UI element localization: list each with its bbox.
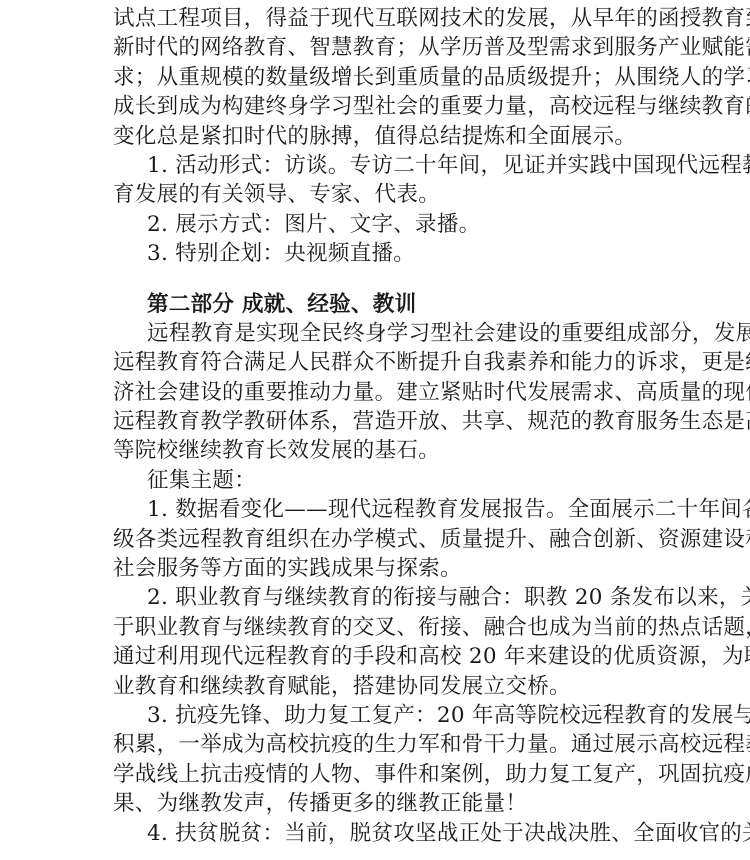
text-line: 于职业教育与继续教育的交叉、衔接、融合也成为当前的热点话题， [113,613,637,642]
text-line: 1. 活动形式：访谈。专访二十年间，见证并实践中国现代远程教 [113,151,637,180]
document-page: 试点工程项目，得益于现代互联网技术的发展，从早年的函授教育到 新时代的网络教育、… [113,4,637,848]
themes-label: 征集主题： [113,466,637,495]
section-heading: 第二部分 成就、经验、教训 [113,290,637,319]
text-line: 1. 数据看变化——现代远程教育发展报告。全面展示二十年间各 [113,495,637,524]
text-line: 济社会建设的重要推动力量。建立紧贴时代发展需求、高质量的现代 [113,378,637,407]
theme-item-epidemic-fight: 3. 抗疫先锋、助力复工复产：20 年高等院校远程教育的发展与 积累，一举成为高… [113,701,637,819]
text-line: 积累，一举成为高校抗疫的生力军和骨干力量。通过展示高校远程教 [113,730,637,759]
section-gap [113,269,637,290]
text-line: 学战线上抗击疫情的人物、事件和案例，助力复工复产，巩固抗疫成 [113,760,637,789]
text-line: 求；从重规模的数量级增长到重质量的品质级提升；从围绕人的学习 [113,63,637,92]
text-line: 通过利用现代远程教育的手段和高校 20 年来建设的优质资源，为职 [113,642,637,671]
text-line: 等院校继续教育长效发展的基石。 [113,436,637,465]
text-line: 新时代的网络教育、智慧教育；从学历普及型需求到服务产业赋能需 [113,33,637,62]
list-item-activity-form: 1. 活动形式：访谈。专访二十年间，见证并实践中国现代远程教 育发展的有关领导、… [113,151,637,210]
intro-paragraph: 试点工程项目，得益于现代互联网技术的发展，从早年的函授教育到 新时代的网络教育、… [113,4,637,151]
list-item-special-plan: 3. 特别企划：央视频直播。 [113,239,637,268]
text-line: 果、为继教发声，传播更多的继教正能量！ [113,789,637,818]
theme-item-data-changes: 1. 数据看变化——现代远程教育发展报告。全面展示二十年间各 级各类远程教育组织… [113,495,637,583]
text-line: 变化总是紧扣时代的脉搏，值得总结提炼和全面展示。 [113,122,637,151]
text-line: 业教育和继续教育赋能，搭建协同发展立交桥。 [113,672,637,701]
part2-paragraph: 远程教育是实现全民终身学习型社会建设的重要组成部分，发展 远程教育符合满足人民群… [113,319,637,466]
text-line: 2. 职业教育与继续教育的衔接与融合：职教 20 条发布以来，关 [113,583,637,612]
text-line: 2. 展示方式：图片、文字、录播。 [113,210,637,239]
text-line: 远程教育教学教研体系，营造开放、共享、规范的教育服务生态是高 [113,407,637,436]
themes-list: 1. 数据看变化——现代远程教育发展报告。全面展示二十年间各 级各类远程教育组织… [113,495,637,848]
text-line: 社会服务等方面的实践成果与探索。 [113,554,637,583]
text-line: 远程教育是实现全民终身学习型社会建设的重要组成部分，发展 [113,319,637,348]
list-item-display-mode: 2. 展示方式：图片、文字、录播。 [113,210,637,239]
activity-list: 1. 活动形式：访谈。专访二十年间，见证并实践中国现代远程教 育发展的有关领导、… [113,151,637,269]
text-line: 成长到成为构建终身学习型社会的重要力量，高校远程与继续教育的 [113,92,637,121]
text-line: 试点工程项目，得益于现代互联网技术的发展，从早年的函授教育到 [113,4,637,33]
part2-section: 第二部分 成就、经验、教训 远程教育是实现全民终身学习型社会建设的重要组成部分，… [113,290,637,848]
text-line: 远程教育符合满足人民群众不断提升自我素养和能力的诉求，更是经 [113,348,637,377]
theme-item-vocational-integration: 2. 职业教育与继续教育的衔接与融合：职教 20 条发布以来，关 于职业教育与继… [113,583,637,701]
text-line: 育发展的有关领导、专家、代表。 [113,180,637,209]
text-line: 3. 特别企划：央视频直播。 [113,239,637,268]
text-line: 级各类远程教育组织在办学模式、质量提升、融合创新、资源建设和 [113,525,637,554]
theme-item-poverty-alleviation: 4. 扶贫脱贫：当前，脱贫攻坚战正处于决战决胜、全面收官的关 [113,819,637,848]
text-line: 3. 抗疫先锋、助力复工复产：20 年高等院校远程教育的发展与 [113,701,637,730]
text-line: 4. 扶贫脱贫：当前，脱贫攻坚战正处于决战决胜、全面收官的关 [113,819,637,848]
